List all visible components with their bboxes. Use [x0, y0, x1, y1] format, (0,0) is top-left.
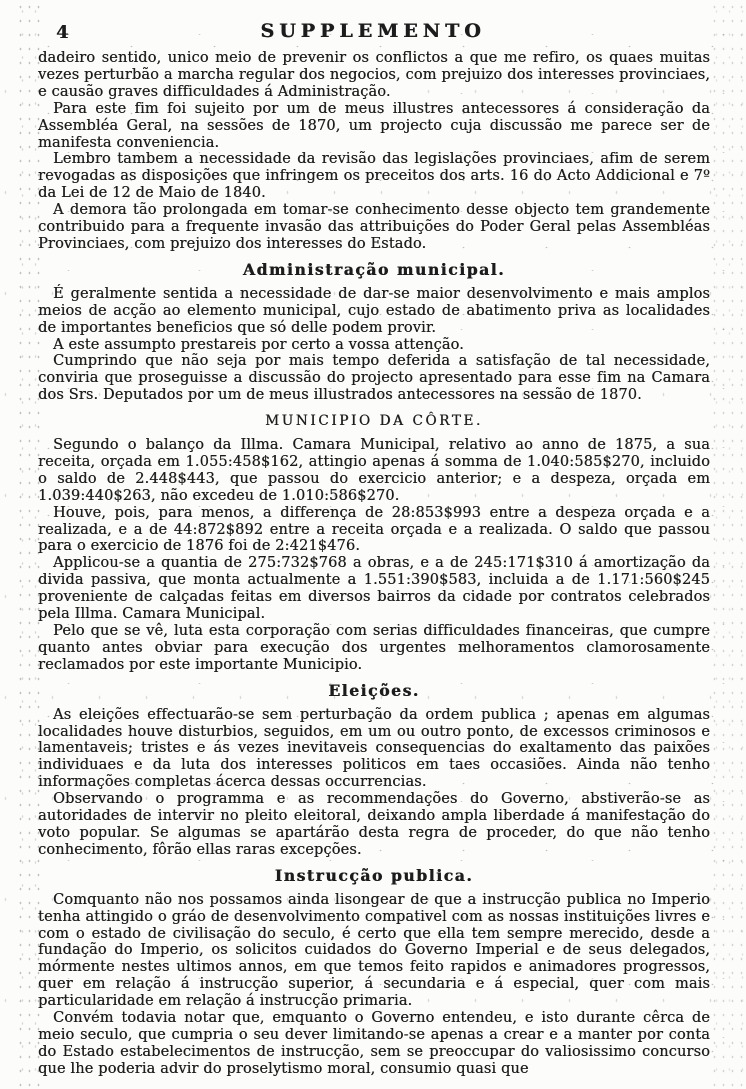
subsection-heading-municipio-da-corte: MUNICIPIO DA CÔRTE. — [38, 413, 710, 430]
paragraph: Applicou-se a quantia de 275:732$768 a o… — [38, 555, 710, 623]
paragraph: Houve, pois, para menos, a differença de… — [38, 505, 710, 556]
page-header: 4 SUPPLEMENTO — [0, 0, 746, 46]
paragraph: Convém todavia notar que, emquanto o Gov… — [38, 1010, 710, 1078]
paragraph: Lembro tambem a necessidade da revisão d… — [38, 151, 710, 202]
document-body: dadeiro sentido, unico meio de prevenir … — [38, 50, 710, 1078]
paragraph: As eleições effectuarão-se sem perturbaç… — [38, 707, 710, 792]
paragraph: Para este fim foi sujeito por um de meus… — [38, 101, 710, 152]
section-heading-administracao-municipal: Administração municipal. — [38, 262, 710, 279]
page-title: SUPPLEMENTO — [0, 20, 746, 42]
paragraph-continuation: dadeiro sentido, unico meio de prevenir … — [38, 50, 710, 101]
paragraph: A este assumpto prestareis por certo a v… — [38, 337, 710, 354]
paragraph: Cumprindo que não seja por mais tempo de… — [38, 353, 710, 404]
section-heading-eleicoes: Eleições. — [38, 683, 710, 700]
paragraph: É geralmente sentida a necessidade de da… — [38, 286, 710, 337]
paragraph: Comquanto não nos possamos ainda lisonge… — [38, 892, 710, 1010]
scanned-document-page: 4 SUPPLEMENTO dadeiro sentido, unico mei… — [0, 0, 746, 1089]
paragraph: Segundo o balanço da Illma. Camara Munic… — [38, 437, 710, 505]
scan-noise-right-margin — [710, 0, 744, 1089]
paragraph: Observando o programma e as recommendaçõ… — [38, 791, 710, 859]
paragraph: A demora tão prolongada em tomar-se conh… — [38, 202, 710, 253]
paragraph: Pelo que se vê, luta esta corporação com… — [38, 623, 710, 674]
section-heading-instruccao-publica: Instrucção publica. — [38, 868, 710, 885]
